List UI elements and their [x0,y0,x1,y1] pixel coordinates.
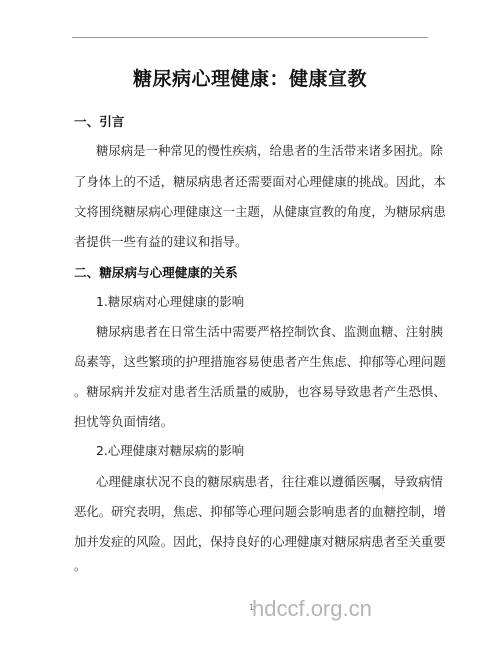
subsection-heading: 1.糖尿病对心理健康的影响 [96,292,244,310]
paragraph-line: 。 [74,556,86,574]
paragraph-line: 糖尿病是一种常见的慢性疾病，给患者的生活带来诸多困扰。除 [96,141,443,159]
section-heading-relationship: 二、糖尿病与心理健康的关系 [74,262,238,281]
header-rule [72,37,428,38]
paragraph-line: 岛素等，这些繁琐的护理措施容易使患者产生焦虑、抑郁等心理问题 [74,352,446,370]
paragraph-line: 担忧等负面情绪。 [74,412,173,430]
paragraph-line: 者提供一些有益的建议和指导。 [74,232,247,250]
paragraph-line: 文将围绕糖尿病心理健康这一主题，从健康宣教的角度，为糖尿病患 [74,202,446,220]
section-heading-intro: 一、引言 [74,111,124,130]
paragraph-line: 。糖尿病并发症对患者生活质量的威胁，也容易导致患者产生恐惧、 [74,382,446,400]
paragraph-line: 了身体上的不适，糖尿病患者还需要面对心理健康的挑战。因此，本 [74,172,446,190]
watermark: hdccf.org.cn [252,596,372,622]
document-title: 糖尿病心理健康：健康宣教 [0,64,500,91]
paragraph-line: 糖尿病患者在日常生活中需要严格控制饮食、监测血糖、注射胰 [96,322,443,340]
paragraph-line: 加并发症的风险。因此，保持良好的心理健康对糖尿病患者至关重要 [74,532,446,550]
paragraph-line: 心理健康状况不良的糖尿病患者，往往难以遵循医嘱，导致病情 [96,472,443,490]
paragraph-line: 恶化。研究表明，焦虑、抑郁等心理问题会影响患者的血糖控制，增 [74,502,446,520]
subsection-heading: 2.心理健康对糖尿病的影响 [96,441,244,459]
